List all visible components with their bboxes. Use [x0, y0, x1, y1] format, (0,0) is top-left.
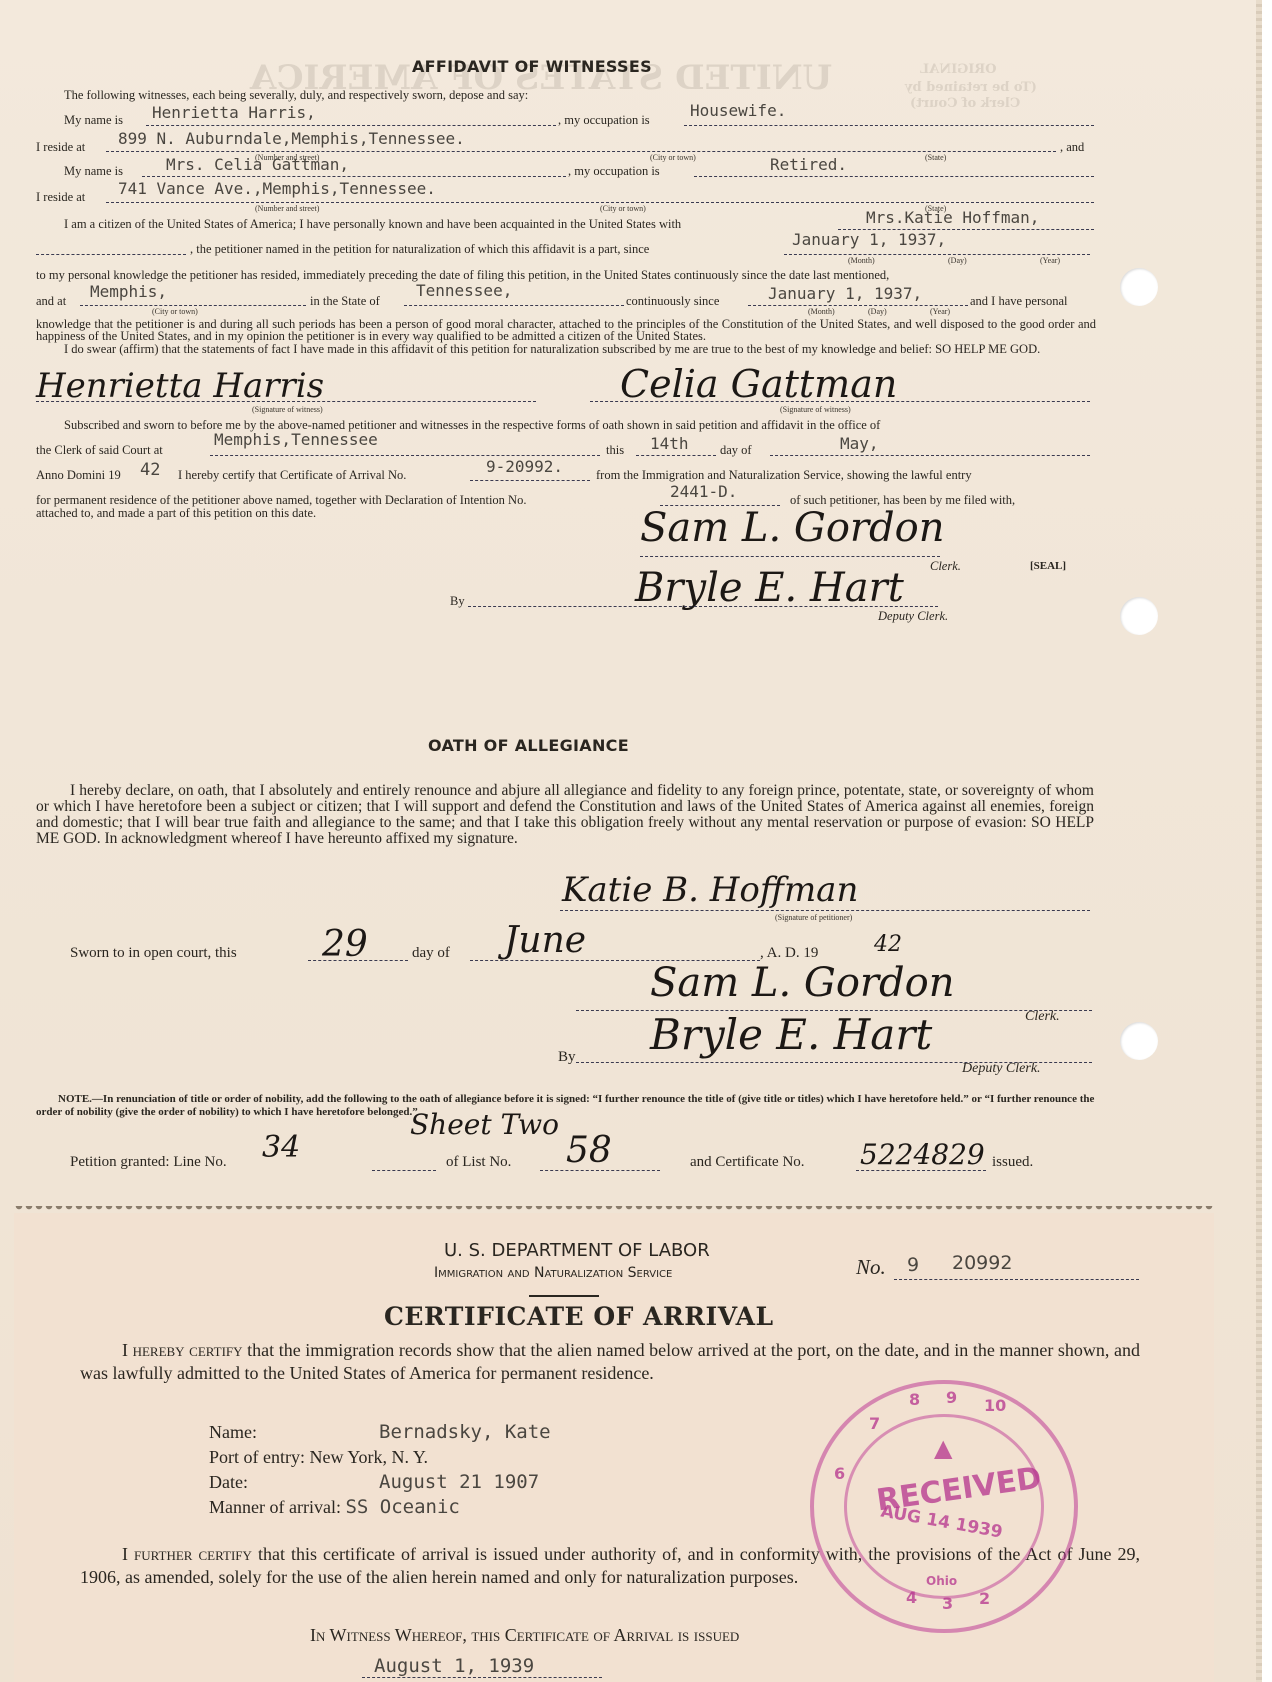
caption-number-street: (Number and street)	[255, 204, 319, 213]
anno-label: Anno Domini 19	[36, 468, 121, 482]
oath-title: OATH OF ALLEGIANCE	[428, 736, 629, 755]
petitioner-signature: Katie B. Hoffman	[562, 870, 858, 910]
seal-label: [SEAL]	[1030, 559, 1066, 573]
petitioner-text: , the petitioner named in the petition f…	[190, 242, 649, 256]
sworn-label: Sworn to in open court, this	[70, 946, 237, 960]
state-label: in the State of	[310, 294, 380, 308]
oath-deputy-signature: Bryle E. Hart	[650, 1010, 932, 1059]
ad-year: 42	[874, 932, 902, 957]
cert-no-value: 20992	[952, 1252, 1012, 1274]
witness2-signature: Celia Gattman	[620, 362, 897, 406]
from-label: from the Immigration and Naturalization …	[596, 468, 972, 482]
witness2-name-label: My name is	[64, 164, 123, 178]
day-of-label: day of	[720, 443, 752, 457]
caption-year: (Year)	[1040, 256, 1060, 265]
clerk-at-label: the Clerk of said Court at	[36, 443, 163, 457]
caption-city: (City or town)	[152, 307, 198, 316]
nobility-note: NOTE.—In renunciation of title or order …	[36, 1093, 1096, 1119]
attached-label: attached to, and made a part of this pet…	[36, 506, 316, 520]
further-lead: I further certify	[122, 1544, 252, 1564]
witness-whereof: In Witness Whereof, this Certificate of …	[310, 1625, 739, 1646]
caption-day: (Day)	[948, 256, 967, 265]
issued-label: issued.	[992, 1155, 1033, 1169]
stamp-place: Ohio	[926, 1574, 957, 1588]
granted-label: Petition granted: Line No.	[70, 1155, 227, 1169]
field-name: Name:Bernadsky, Kate	[209, 1420, 551, 1445]
line-annotation: Sheet Two	[410, 1108, 559, 1141]
arrival-no: 9-20992.	[486, 457, 563, 476]
department-label: U. S. DEPARTMENT OF LABOR	[444, 1240, 710, 1261]
state-value: Tennessee,	[416, 281, 512, 300]
oath-clerk-signature: Sam L. Gordon	[650, 960, 955, 1006]
witness1-occupation-label: , my occupation is	[558, 113, 650, 127]
caption-day: (Day)	[868, 307, 887, 316]
binder-hole	[1120, 268, 1158, 306]
witness1-residence: 899 N. Auburndale,Memphis,Tennessee.	[118, 129, 465, 148]
deputy-signature: Bryle E. Hart	[635, 565, 904, 611]
list-label: of List No.	[446, 1155, 511, 1169]
binder-hole	[1120, 597, 1158, 635]
caption-month: (Month)	[848, 256, 875, 265]
line-no: 34	[262, 1130, 300, 1165]
and-at-label: and at	[36, 294, 66, 308]
sworn-day: 29	[322, 924, 368, 965]
witness1-name: Henrietta Harris,	[152, 103, 316, 122]
declaration-no: 2441-D.	[670, 482, 737, 501]
oath-clerk-label: Clerk.	[1025, 1010, 1060, 1024]
deputy-label: Deputy Clerk.	[878, 609, 948, 623]
caption-signature-witness: (Signature of witness)	[252, 405, 323, 414]
continuously-label: continuously since	[626, 294, 719, 308]
since-date: January 1, 1937,	[792, 230, 946, 249]
subscribed-day: 14th	[650, 434, 689, 453]
ad-label: , A. D. 19	[760, 946, 818, 960]
caption-signature-petitioner: (Signature of petitioner)	[775, 913, 852, 922]
witness2-occupation-label: , my occupation is	[568, 164, 660, 178]
citizen-text: I am a citizen of the United States of A…	[64, 217, 681, 231]
list-no: 58	[566, 1130, 612, 1171]
witness1-name-label: My name is	[64, 113, 123, 127]
oath-deputy-label: Deputy Clerk.	[962, 1062, 1041, 1076]
field-date: Date:August 21 1907	[209, 1470, 551, 1495]
clerk-label: Clerk.	[930, 559, 961, 573]
continuously-date: January 1, 1937,	[768, 284, 922, 303]
bleedthrough-original: ORIGINAL	[920, 62, 997, 77]
field-port: Port of entry: New York, N. Y.	[209, 1445, 551, 1470]
by-label: By	[450, 594, 465, 608]
witness2-occupation: Retired.	[770, 155, 847, 174]
certify-label: I hereby certify that Certificate of Arr…	[178, 468, 406, 482]
cert-no-label: No.	[856, 1255, 886, 1280]
received-stamp: RECEIVED AUG 14 1939 Ohio ▲ 8 9 10 7 6 3…	[810, 1380, 1078, 1633]
sworn-day-of-label: day of	[412, 946, 450, 960]
anno-year: 42	[140, 460, 160, 480]
binder-hole	[1120, 1022, 1158, 1060]
witness1-signature: Henrietta Harris	[36, 366, 324, 406]
service-label: Immigration and Naturalization Service	[434, 1265, 672, 1281]
issued-date: August 1, 1939	[374, 1655, 534, 1677]
caption-city: (City or town)	[650, 153, 696, 162]
eagle-icon: ▲	[934, 1434, 952, 1462]
subscribed-month: May,	[840, 434, 879, 453]
witness2-name: Mrs. Celia Gattman,	[166, 155, 349, 174]
character-text: knowledge that the petitioner is and dur…	[36, 318, 1096, 342]
caption-signature-witness: (Signature of witness)	[780, 405, 851, 414]
witness1-reside-label: I reside at	[36, 140, 85, 154]
caption-month: (Month)	[808, 307, 835, 316]
affidavit-intro: The following witnesses, each being seve…	[64, 88, 528, 102]
sworn-month: June	[504, 920, 586, 961]
certificate-label: and Certificate No.	[690, 1155, 805, 1169]
and-label: , and	[1060, 140, 1084, 154]
certify-lead: I hereby certify	[122, 1340, 243, 1360]
field-manner: Manner of arrival: SS Oceanic	[209, 1495, 551, 1520]
arrival-fields: Name:Bernadsky, Kate Port of entry: New …	[209, 1420, 551, 1520]
perforated-edge	[1256, 0, 1262, 1682]
certificate-title: CERTIFICATE OF ARRIVAL	[384, 1302, 774, 1331]
bleedthrough-retained: (To be retained by	[905, 80, 1037, 95]
oath-text: I hereby declare, on oath, that I absolu…	[36, 783, 1094, 847]
divider	[529, 1295, 599, 1297]
cert-no-prefix: 9	[907, 1254, 919, 1276]
witness1-occupation: Housewife.	[690, 101, 786, 120]
swear-text: I do swear (affirm) that the statements …	[36, 343, 1096, 355]
this-label: this	[606, 443, 624, 457]
certificate-no: 5224829	[860, 1138, 985, 1171]
affidavit-title: AFFIDAVIT OF WITNESSES	[412, 57, 652, 76]
permanent-label: for permanent residence of the petitione…	[36, 493, 526, 507]
resided-text: to my personal knowledge the petitioner …	[36, 268, 889, 282]
certify-paragraph: I hereby certify that the immigration re…	[80, 1339, 1140, 1385]
subscribed-text: Subscribed and sworn to before me by the…	[64, 418, 880, 432]
caption-state: (State)	[925, 153, 946, 162]
clerk-signature: Sam L. Gordon	[640, 505, 945, 551]
caption-year: (Year)	[930, 307, 950, 316]
caption-city: (City or town)	[600, 204, 646, 213]
witness2-residence: 741 Vance Ave.,Memphis,Tennessee.	[118, 179, 436, 198]
petitioner-name: Mrs.Katie Hoffman,	[866, 208, 1039, 227]
bleedthrough-clerk: Clerk of Court)	[910, 96, 1020, 111]
and-at-city: Memphis,	[90, 282, 167, 301]
witness2-reside-label: I reside at	[36, 190, 85, 204]
clerk-at: Memphis,Tennessee	[214, 430, 378, 449]
oath-by-label: By	[558, 1050, 576, 1064]
personal-label: and I have personal	[970, 294, 1068, 308]
